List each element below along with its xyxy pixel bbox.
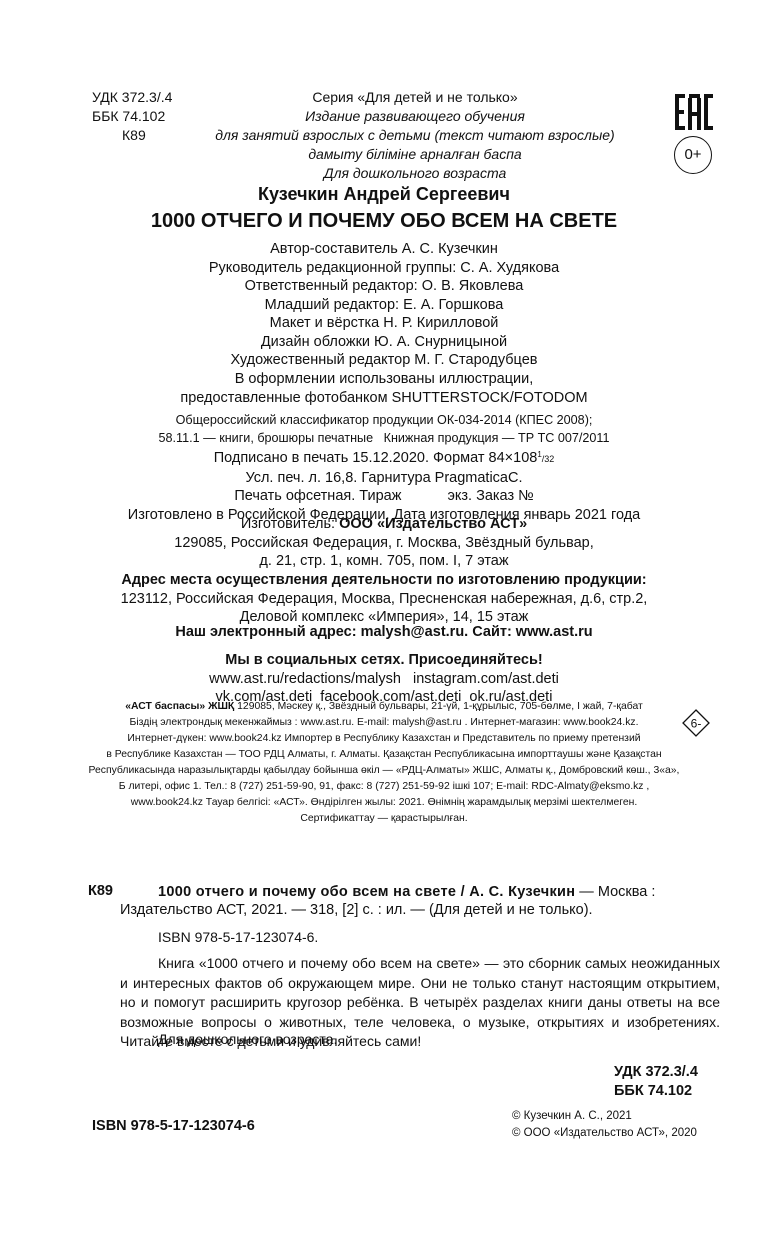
kz-company: «АСТ баспасы» ЖШҚ [125, 701, 234, 712]
edition-line: Издание развивающего обучения [200, 107, 630, 126]
manufacturer-line: Изготовитель: ООО «Издательство АСТ» [0, 515, 768, 534]
credit-line: Руководитель редакционной группы: С. А. … [0, 259, 768, 278]
card-heading: 1000 отчего и почему обо всем на свете /… [158, 883, 718, 902]
copyright-block: © Кузечкин А. С., 2021 © ООО «Издательст… [512, 1108, 697, 1142]
card-author-mark: К89 [88, 883, 113, 899]
manufacturer-block: Изготовитель: ООО «Издательство АСТ» 129… [0, 515, 768, 571]
age-rating-badge: 0+ [674, 136, 712, 174]
card-imprint: Издательство АСТ, 2021. — 318, [2] с. : … [120, 902, 593, 918]
age-rating-diamond-icon: 6- [682, 709, 710, 737]
svg-text:6-: 6- [691, 717, 702, 731]
book-author: Кузечкин Андрей Сергеевич [0, 184, 768, 205]
kz-line: в Республике Казахстан — ТОО РДЦ Алматы,… [0, 747, 768, 763]
edition-line: дамыту біліміне арналған баспа [200, 145, 630, 164]
edition-line: Для дошкольного возраста [200, 164, 630, 183]
credit-line: Макет и вёрстка Н. Р. Кирилловой [0, 314, 768, 333]
classification-line: Общероссийский классификатор продукции О… [0, 411, 768, 429]
series-block: Серия «Для детей и не только» Издание ра… [200, 88, 630, 183]
copyright-line: © Кузечкин А. С., 2021 [512, 1108, 697, 1125]
address-line: д. 21, стр. 1, комн. 705, пом. I, 7 этаж [0, 552, 768, 571]
address-line: 129085, Российская Федерация, г. Москва,… [0, 534, 768, 553]
udk-code: УДК 372.3/.4 [92, 88, 172, 107]
card-title: 1000 отчего и почему обо всем на свете /… [158, 884, 575, 900]
footer-codes: УДК 372.3/.4 ББК 74.102 [614, 1063, 698, 1101]
manufacturer-name: ООО «Издательство АСТ» [339, 516, 527, 532]
bbk-code: ББК 74.102 [92, 107, 172, 126]
kz-line: Республикасында наразылықтарды қабылдау … [0, 763, 768, 779]
social-heading: Мы в социальных сетях. Присоединяйтесь! [0, 651, 768, 670]
sheets-line: Усл. печ. л. 16,8. Гарнитура PragmaticaC… [0, 469, 768, 488]
kz-line: Интернет-дүкен: www.book24.kz Импортер в… [0, 731, 768, 747]
classification-line: 58.11.1 — книги, брошюры печатные Книжна… [0, 429, 768, 447]
illustrations-note: В оформлении использованы иллюстрации, п… [0, 370, 768, 407]
footer-udk: УДК 372.3/.4 [614, 1063, 698, 1082]
format-sub: /32 [542, 454, 555, 464]
contact-line: Наш электронный адрес: malysh@ast.ru. Са… [0, 624, 768, 640]
card-place: — Москва : [575, 884, 655, 900]
illustrations-line: В оформлении использованы иллюстрации, [0, 370, 768, 389]
order-text: экз. Заказ № [447, 488, 533, 504]
series-name: Серия «Для детей и не только» [200, 88, 630, 107]
copyright-line: © ООО «Издательство АСТ», 2020 [512, 1125, 697, 1142]
illustrations-line: предоставленные фотобанком SHUTTERSTOCK/… [0, 389, 768, 408]
footer-bbk: ББК 74.102 [614, 1082, 698, 1101]
kazakh-legal-block: «АСТ баспасы» ЖШҚ 129085, Мәскеу қ., Звё… [0, 699, 768, 827]
footer-isbn: ISBN 978-5-17-123074-6 [92, 1118, 255, 1134]
edition-line: для занятий взрослых с детьми (текст чит… [200, 126, 630, 145]
book-title: 1000 ОТЧЕГО И ПОЧЕМУ ОБО ВСЕМ НА СВЕТЕ [0, 210, 768, 233]
credits-list: Автор-составитель А. С. Кузечкин Руковод… [0, 240, 768, 370]
credit-line: Автор-составитель А. С. Кузечкин [0, 240, 768, 259]
kz-line: «АСТ баспасы» ЖШҚ 129085, Мәскеу қ., Звё… [0, 699, 768, 715]
address-line: 123112, Российская Федерация, Москва, Пр… [0, 590, 768, 609]
kz-line: Сертификаттау — қарастырылған. [0, 811, 768, 827]
manufacturer-label: Изготовитель: [241, 516, 339, 532]
offset-line: Печать офсетная. Тиражэкз. Заказ № [0, 487, 768, 506]
kz-text: 129085, Мәскеу қ., Звёздный бульвары, 21… [234, 701, 643, 712]
card-age: Для дошкольного возраста. [158, 1031, 337, 1047]
classification-codes: УДК 372.3/.4 ББК 74.102 К89 [92, 88, 172, 145]
production-address-block: Адрес места осуществления деятельности п… [0, 571, 768, 627]
kz-line: www.book24.kz Тауар белгісі: «АСТ». Өнді… [0, 795, 768, 811]
signed-text: Подписано в печать 15.12.2020. Формат 84… [214, 450, 538, 466]
kz-line: Б литері, офис 1. Тел.: 8 (727) 251-59-9… [0, 779, 768, 795]
product-classification: Общероссийский классификатор продукции О… [0, 411, 768, 447]
eac-mark-icon [674, 93, 714, 131]
social-links: www.ast.ru/redactions/malysh instagram.c… [0, 670, 768, 689]
credit-line: Младший редактор: Е. А. Горшкова [0, 296, 768, 315]
signed-line: Подписано в печать 15.12.2020. Формат 84… [0, 446, 768, 469]
production-heading: Адрес места осуществления деятельности п… [0, 571, 768, 590]
print-info: Подписано в печать 15.12.2020. Формат 84… [0, 446, 768, 524]
card-isbn: ISBN 978-5-17-123074-6. [158, 929, 318, 945]
kz-line: Біздің электрондық мекенжаймыз : www.ast… [0, 715, 768, 731]
offset-text: Печать офсетная. Тираж [234, 488, 401, 504]
credit-line: Дизайн обложки Ю. А. Снурницыной [0, 333, 768, 352]
author-mark: К89 [92, 126, 172, 145]
credit-line: Ответственный редактор: О. В. Яковлева [0, 277, 768, 296]
credit-line: Художественный редактор М. Г. Стародубце… [0, 351, 768, 370]
